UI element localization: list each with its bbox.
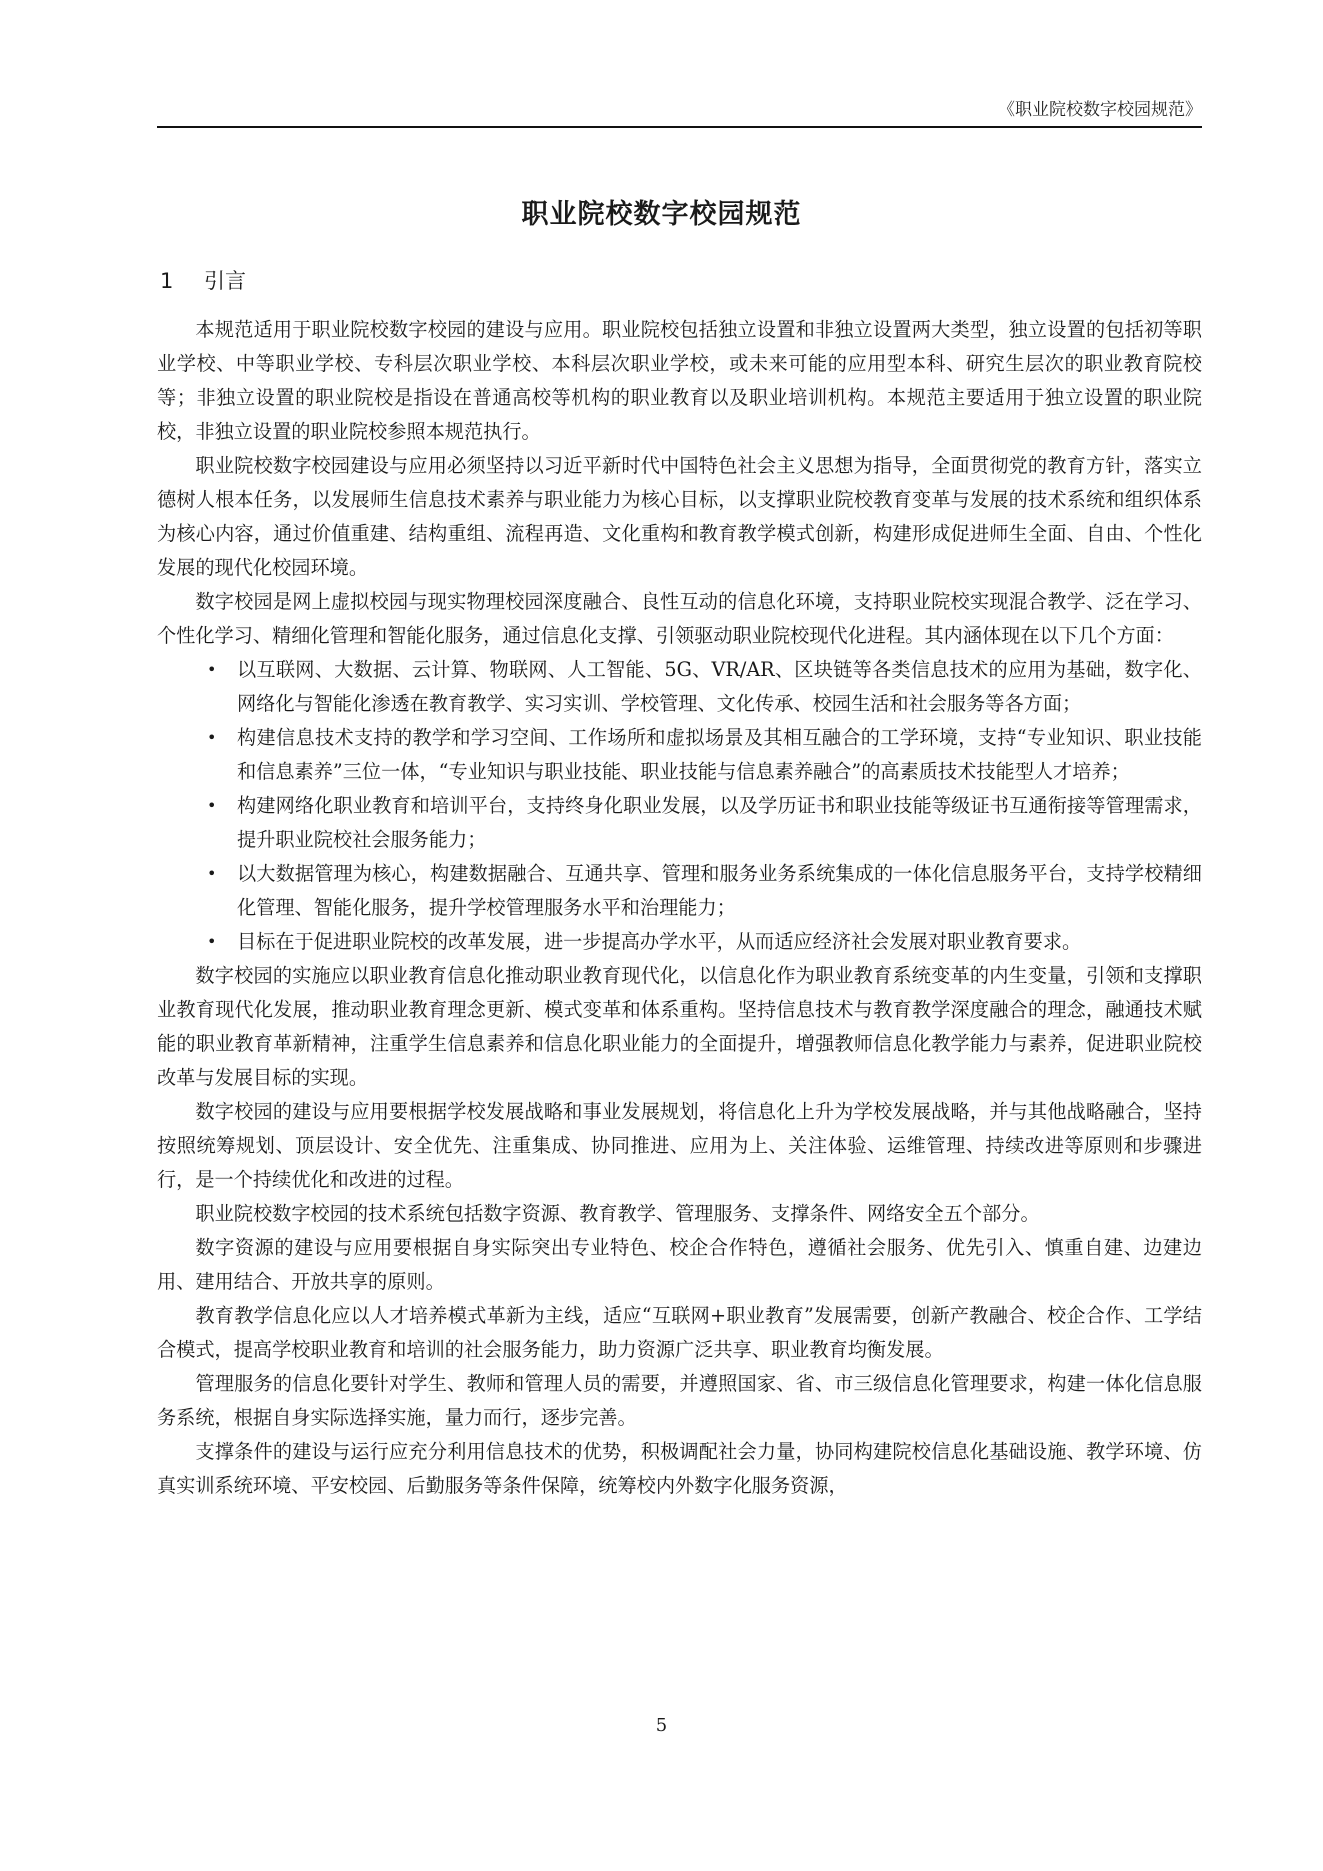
list-item-text: 以大数据管理为核心，构建数据融合、互通共享、管理和服务业务系统集成的一体化信息服… — [237, 862, 1202, 919]
list-item-text: 构建网络化职业教育和培训平台，支持终身化职业发展，以及学历证书和职业技能等级证书… — [237, 794, 1202, 851]
list-item: •目标在于促进职业院校的改革发展，进一步提高办学水平，从而适应经济社会发展对职业… — [157, 925, 1202, 959]
list-item: •以互联网、大数据、云计算、物联网、人工智能、5G、VR/AR、区块链等各类信息… — [157, 653, 1202, 721]
list-item: •以大数据管理为核心，构建数据融合、互通共享、管理和服务业务系统集成的一体化信息… — [157, 857, 1202, 925]
paragraph-implementation: 数字校园的实施应以职业教育信息化推动职业教育现代化，以信息化作为职业教育系统变革… — [157, 959, 1202, 1095]
list-item: •构建网络化职业教育和培训平台，支持终身化职业发展，以及学历证书和职业技能等级证… — [157, 789, 1202, 857]
paragraph-support-conditions: 支撑条件的建设与运行应充分利用信息技术的优势，积极调配社会力量，协同构建院校信息… — [157, 1435, 1202, 1503]
section-title: 引言 — [204, 269, 246, 293]
section-number: 1 — [160, 269, 204, 293]
paragraph-strategy: 数字校园的建设与应用要根据学校发展战略和事业发展规划，将信息化上升为学校发展战略… — [157, 1095, 1202, 1197]
running-header-title: 《职业院校数字校园规范》 — [998, 95, 1202, 120]
paragraph-scope: 本规范适用于职业院校数字校园的建设与应用。职业院校包括独立设置和非独立设置两大类… — [157, 313, 1202, 449]
paragraph-technical-system: 职业院校数字校园的技术系统包括数字资源、教育教学、管理服务、支撑条件、网络安全五… — [157, 1197, 1202, 1231]
running-header: 《职业院校数字校园规范》 — [157, 90, 1202, 128]
document-title: 职业院校数字校园规范 — [0, 192, 1323, 231]
paragraph-digital-campus-definition: 数字校园是网上虚拟校园与现实物理校园深度融合、良性互动的信息化环境，支持职业院校… — [157, 585, 1202, 653]
bullet-icon: • — [207, 653, 216, 687]
page-number: 5 — [0, 1715, 1323, 1736]
paragraph-teaching: 教育教学信息化应以人才培养模式革新为主线，适应“互联网+职业教育”发展需要，创新… — [157, 1299, 1202, 1367]
bullet-icon: • — [207, 925, 216, 959]
document-body: 本规范适用于职业院校数字校园的建设与应用。职业院校包括独立设置和非独立设置两大类… — [157, 313, 1202, 1503]
list-item-text: 以互联网、大数据、云计算、物联网、人工智能、5G、VR/AR、区块链等各类信息技… — [237, 658, 1202, 715]
connotation-list: •以互联网、大数据、云计算、物联网、人工智能、5G、VR/AR、区块链等各类信息… — [157, 653, 1202, 959]
bullet-icon: • — [207, 721, 216, 755]
paragraph-digital-resources: 数字资源的建设与应用要根据自身实际突出专业特色、校企合作特色，遵循社会服务、优先… — [157, 1231, 1202, 1299]
list-item: •构建信息技术支持的教学和学习空间、工作场所和虚拟场景及其相互融合的工学环境，支… — [157, 721, 1202, 789]
list-item-text: 目标在于促进职业院校的改革发展，进一步提高办学水平，从而适应经济社会发展对职业教… — [237, 930, 1081, 953]
bullet-icon: • — [207, 789, 216, 823]
paragraph-guiding-principle: 职业院校数字校园建设与应用必须坚持以习近平新时代中国特色社会主义思想为指导，全面… — [157, 449, 1202, 585]
section-heading: 1引言 — [160, 265, 246, 295]
paragraph-management-services: 管理服务的信息化要针对学生、教师和管理人员的需要，并遵照国家、省、市三级信息化管… — [157, 1367, 1202, 1435]
list-item-text: 构建信息技术支持的教学和学习空间、工作场所和虚拟场景及其相互融合的工学环境，支持… — [237, 726, 1202, 783]
bullet-icon: • — [207, 857, 216, 891]
